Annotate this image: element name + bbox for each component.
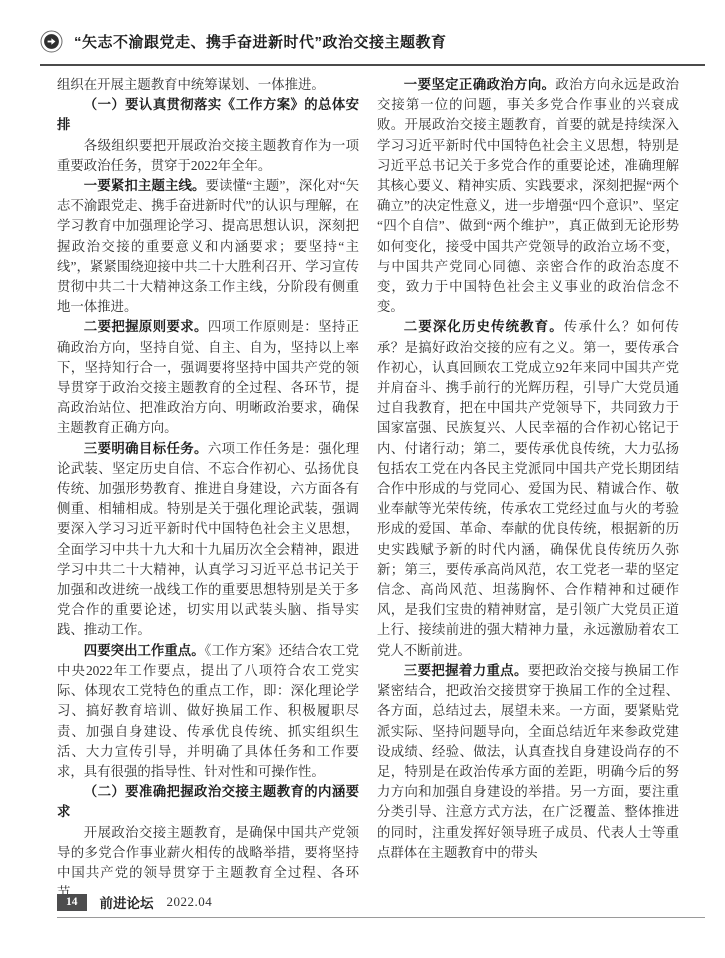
paragraph: 一要坚定正确政治方向。政治方向永远是政治交接第一位的问题，事关多党合作事业的兴衰… (377, 75, 679, 317)
paragraph: 组织在开展主题教育中统筹谋划、一体推进。 (57, 75, 359, 95)
issue-number: 2022.04 (167, 894, 213, 910)
paragraph-lead: 三要把握着力重点。 (404, 663, 528, 678)
paragraph: 三要明确目标任务。六项工作任务是：强化理论武装、坚定历史自信、不忘合作初心、弘扬… (57, 439, 359, 641)
paragraph-lead: 二要深化历史传统教育。 (404, 319, 564, 334)
arrow-circle-icon (40, 30, 63, 53)
right-column: 一要坚定正确政治方向。政治方向永远是政治交接第一位的问题，事关多党合作事业的兴衰… (377, 75, 679, 903)
section-heading: （一）要认真贯彻落实《工作方案》的总体安排 (57, 95, 359, 135)
paragraph-lead: 一要坚定正确政治方向。 (404, 77, 556, 92)
paragraph-lead: 四要突出工作重点。 (84, 643, 205, 658)
journal-name: 前进论坛 (100, 892, 154, 912)
page-number-badge: 14 (57, 894, 87, 911)
document-page: “矢志不渝跟党走、携手奋进新时代”政治交接主题教育 组织在开展主题教育中统筹谋划… (0, 0, 725, 958)
paragraph-lead: 二要把握原则要求。 (84, 319, 208, 334)
heading-text: （一）要认真贯彻落实《工作方案》的总体安排 (57, 97, 359, 132)
paragraph-text: 六项工作任务是：强化理论武装、坚定历史自信、不忘合作初心、弘扬优良传统、加强形势… (57, 441, 359, 638)
paragraph-text: 四项工作原则是：坚持正确政治方向，坚持自觉、自主、自为，坚持以上率下，坚持知行合… (57, 319, 359, 435)
paragraph-text: 要读懂“主题”，深化对“矢志不渝跟党走、携手奋进新时代”的认识与理解，在学习教育… (57, 178, 359, 314)
header-title: “矢志不渝跟党走、携手奋进新时代”政治交接主题教育 (74, 31, 447, 52)
paragraph: 二要把握原则要求。四项工作原则是：坚持正确政治方向，坚持自觉、自主、自为，坚持以… (57, 317, 359, 438)
page-footer: 14 前进论坛 2022.04 (57, 892, 705, 918)
paragraph: 一要紧扣主题主线。要读懂“主题”，深化对“矢志不渝跟党走、携手奋进新时代”的认识… (57, 176, 359, 317)
paragraph: 各级组织要把开展政治交接主题教育作为一项重要政治任务，贯穿于2022年全年。 (57, 136, 359, 176)
paragraph: 二要深化历史传统教育。传承什么？如何传承？是搞好政治交接的应有之义。第一，要传承… (377, 317, 679, 660)
paragraph-lead: 一要紧扣主题主线。 (84, 178, 206, 193)
paragraph-text: 政治方向永远是政治交接第一位的问题，事关多党合作事业的兴衰成败。开展政治交接主题… (377, 77, 679, 314)
section-heading: （二）要准确把握政治交接主题教育的内涵要求 (57, 782, 359, 822)
footer-divider (57, 917, 705, 918)
paragraph-text: 要把政治交接与换届工作紧密结合，把政治交接贯穿于换届工作的全过程、各方面，总结过… (377, 663, 679, 860)
paragraph-text: 开展政治交接主题教育，是确保中国共产党领导的多党合作事业薪火相传的战略举措，要将… (57, 825, 359, 901)
paragraph-text: 《工作方案》还结合农工党中央2022年工作要点，提出了八项符合农工党实际、体现农… (57, 643, 359, 779)
paragraph-text: 组织在开展主题教育中统筹谋划、一体推进。 (57, 77, 325, 92)
paragraph: 四要突出工作重点。《工作方案》还结合农工党中央2022年工作要点，提出了八项符合… (57, 641, 359, 782)
paragraph-lead: 三要明确目标任务。 (84, 441, 208, 456)
paragraph: 三要把握着力重点。要把政治交接与换届工作紧密结合，把政治交接贯穿于换届工作的全过… (377, 661, 679, 863)
article-body: 组织在开展主题教育中统筹谋划、一体推进。 （一）要认真贯彻落实《工作方案》的总体… (57, 75, 679, 903)
paragraph-text: 各级组织要把开展政治交接主题教育作为一项重要政治任务，贯穿于2022年全年。 (57, 138, 359, 173)
paragraph-text: 传承什么？如何传承？是搞好政治交接的应有之义。第一，要传承合作初心，认真回顾农工… (377, 319, 679, 657)
left-column: 组织在开展主题教育中统筹谋划、一体推进。 （一）要认真贯彻落实《工作方案》的总体… (57, 75, 359, 903)
heading-text: （二）要准确把握政治交接主题教育的内涵要求 (57, 784, 359, 819)
page-header: “矢志不渝跟党走、携手奋进新时代”政治交接主题教育 (40, 30, 705, 66)
